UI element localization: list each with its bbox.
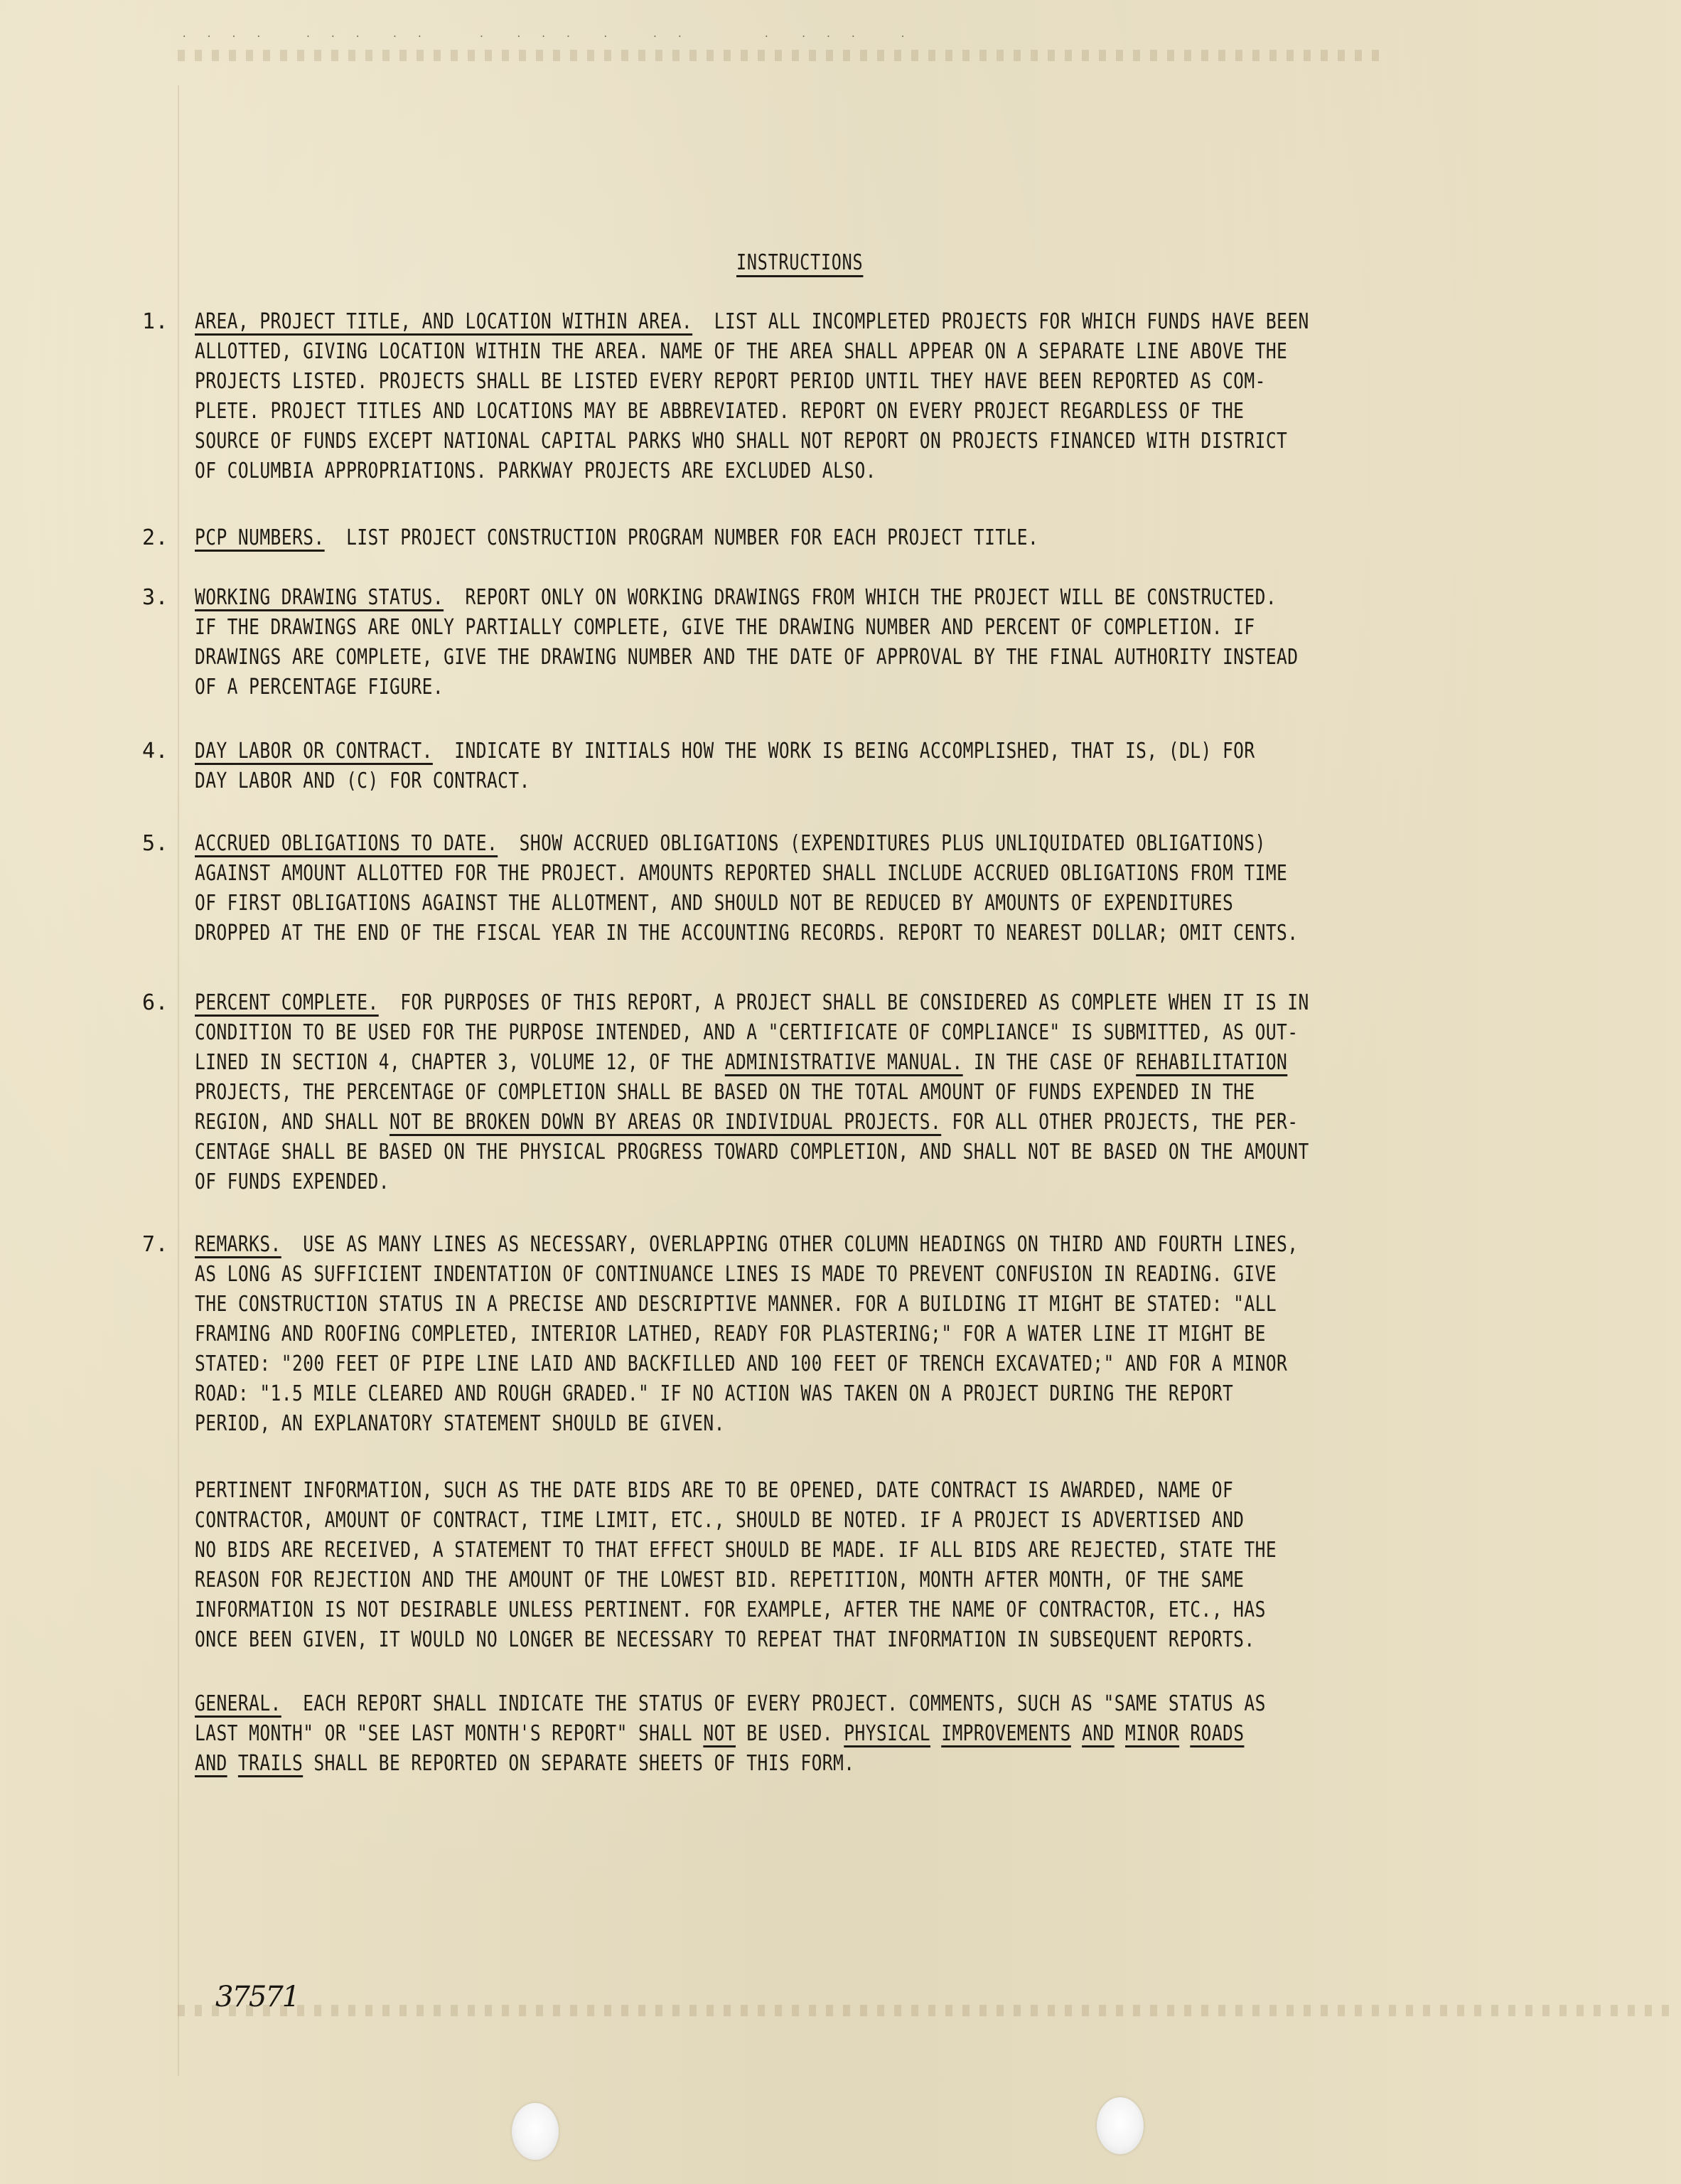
general-text-part-underlined: PHYSICAL: [844, 1721, 930, 1746]
general-paragraph: GENERAL. EACH REPORT SHALL INDICATE THE …: [195, 1689, 1645, 1779]
general-text-part: [227, 1751, 238, 1776]
general-text-part: BE USED.: [736, 1721, 844, 1746]
punch-hole-left: [512, 2103, 559, 2160]
item-heading: ACCRUED OBLIGATIONS TO DATE.: [195, 831, 498, 856]
faint-bleedthrough-row-bottom: [178, 2005, 1670, 2016]
paragraph-text: PERTINENT INFORMATION, SUCH AS THE DATE …: [195, 1476, 1594, 1655]
item-text: USE AS MANY LINES AS NECESSARY, OVERLAPP…: [195, 1232, 1299, 1436]
instruction-item-5: 5. ACCRUED OBLIGATIONS TO DATE. SHOW ACC…: [142, 829, 1592, 948]
general-text-part: SHALL BE REPORTED ON SEPARATE SHEETS OF …: [303, 1751, 854, 1776]
item-number: 5.: [142, 829, 192, 859]
instruction-item-6: 6. PERCENT COMPLETE. FOR PURPOSES OF THI…: [142, 988, 1592, 1197]
item-heading: WORKING DRAWING STATUS.: [195, 585, 444, 610]
general-text-part-underlined: TRAILS: [238, 1751, 303, 1776]
general-text-part: [1115, 1721, 1125, 1746]
instruction-item-7: 7. REMARKS. USE AS MANY LINES AS NECESSA…: [142, 1230, 1592, 1439]
item-heading: PERCENT COMPLETE.: [195, 990, 379, 1015]
general-text-part: [1179, 1721, 1190, 1746]
document-page: . . . . . . . . . . . . . . . . . . . . …: [0, 0, 1681, 2184]
general-heading: GENERAL.: [195, 1691, 281, 1716]
pertinent-information-paragraph: PERTINENT INFORMATION, SUCH AS THE DATE …: [195, 1476, 1645, 1655]
instruction-item-4: 4. DAY LABOR OR CONTRACT. INDICATE BY IN…: [142, 737, 1592, 796]
faint-bleedthrough-row-top: [178, 50, 1386, 61]
general-text-part: [1071, 1721, 1082, 1746]
item-number: 4.: [142, 737, 192, 766]
instruction-item-2: 2. PCP NUMBERS. LIST PROJECT CONSTRUCTIO…: [142, 523, 1592, 553]
item-text-part: IN THE CASE OF: [963, 1050, 1137, 1075]
item-text-part-underlined: REHABILITATION: [1136, 1050, 1287, 1075]
item-heading: PCP NUMBERS.: [195, 525, 325, 550]
form-number-stamp: 37571: [215, 1981, 299, 2013]
item-text: LIST ALL INCOMPLETED PROJECTS FOR WHICH …: [195, 309, 1309, 483]
item-text-part-underlined: NOT BE BROKEN DOWN BY AREAS OR INDIVIDUA…: [390, 1110, 941, 1135]
faint-top-typewriter-marks: . . . . . . . . . . . . . . . . . . . . …: [181, 28, 912, 40]
item-number: 6.: [142, 988, 192, 1018]
punch-hole-right: [1097, 2097, 1144, 2154]
general-text-part-underlined: AND: [1082, 1721, 1115, 1746]
item-number: 7.: [142, 1230, 192, 1260]
general-text-part-underlined: MINOR: [1125, 1721, 1179, 1746]
instruction-item-3: 3. WORKING DRAWING STATUS. REPORT ONLY O…: [142, 583, 1592, 702]
page-title: INSTRUCTIONS: [736, 250, 863, 275]
general-text-part-underlined: AND: [195, 1751, 227, 1776]
instruction-item-1: 1. AREA, PROJECT TITLE, AND LOCATION WIT…: [142, 307, 1592, 486]
item-heading: AREA, PROJECT TITLE, AND LOCATION WITHIN…: [195, 309, 692, 334]
item-heading: REMARKS.: [195, 1232, 281, 1257]
item-text-part-underlined: ADMINISTRATIVE MANUAL.: [725, 1050, 963, 1075]
general-text-part: [930, 1721, 941, 1746]
item-heading: DAY LABOR OR CONTRACT.: [195, 739, 433, 764]
general-text-part-underlined: IMPROVEMENTS: [941, 1721, 1071, 1746]
general-text-part-underlined: NOT: [703, 1721, 736, 1746]
item-text: LIST PROJECT CONSTRUCTION PROGRAM NUMBER…: [346, 525, 1038, 550]
item-number: 1.: [142, 307, 192, 337]
item-number: 3.: [142, 583, 192, 613]
general-text-part-underlined: ROADS: [1190, 1721, 1244, 1746]
item-number: 2.: [142, 523, 192, 553]
